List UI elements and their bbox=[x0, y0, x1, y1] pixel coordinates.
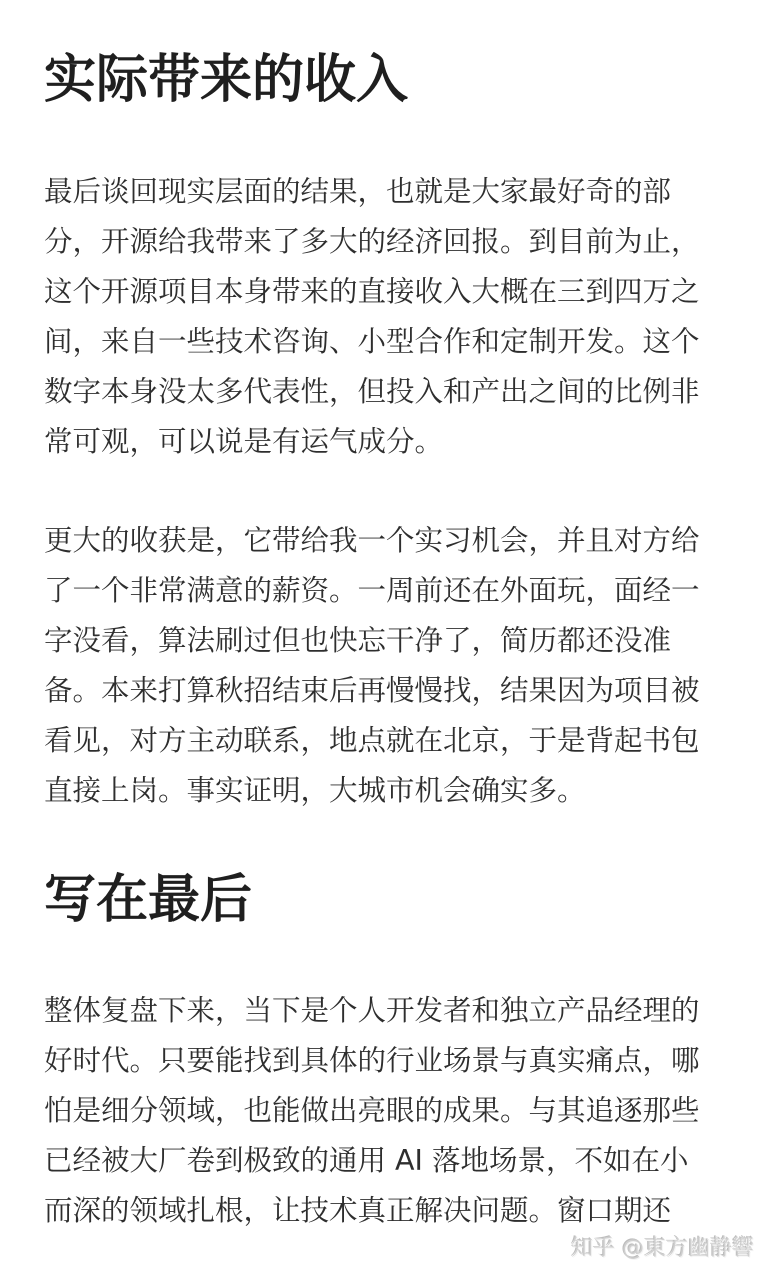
paragraph-line: 而深的领域扎根，让技术真正解决问题。窗口期还 bbox=[44, 1186, 744, 1236]
paragraph-line: 更大的收获是，它带给我一个实习机会，并且对方给 bbox=[44, 516, 744, 566]
paragraph-line: 了一个非常满意的薪资。一周前还在外面玩，面经一 bbox=[44, 566, 744, 616]
paragraph-line: 间，来自一些技术咨询、小型合作和定制开发。这个 bbox=[44, 317, 744, 367]
paragraph-internship: 更大的收获是，它带给我一个实习机会，并且对方给 了一个非常满意的薪资。一周前还在… bbox=[44, 516, 744, 816]
paragraph-line: 字没看，算法刷过但也快忘干净了，简历都还没准 bbox=[44, 616, 744, 666]
paragraph-line: 好时代。只要能找到具体的行业场景与真实痛点，哪 bbox=[44, 1036, 744, 1086]
paragraph-line: 已经被大厂卷到极致的通用 AI 落地场景，不如在小 bbox=[44, 1136, 744, 1186]
paragraph-line: 整体复盘下来，当下是个人开发者和独立产品经理的 bbox=[44, 986, 744, 1036]
paragraph-line: 直接上岗。事实证明，大城市机会确实多。 bbox=[44, 766, 744, 816]
paragraph-conclusion: 整体复盘下来，当下是个人开发者和独立产品经理的 好时代。只要能找到具体的行业场景… bbox=[44, 986, 744, 1236]
section-heading-final-words: 写在最后 bbox=[44, 870, 252, 930]
paragraph-line: 这个开源项目本身带来的直接收入大概在三到四万之 bbox=[44, 267, 744, 317]
paragraph-line: 常可观，可以说是有运气成分。 bbox=[44, 417, 744, 467]
paragraph-line: 分，开源给我带来了多大的经济回报。到目前为止， bbox=[44, 217, 744, 267]
paragraph-line: 数字本身没太多代表性，但投入和产出之间的比例非 bbox=[44, 367, 744, 417]
paragraph-income-summary: 最后谈回现实层面的结果，也就是大家最好奇的部 分，开源给我带来了多大的经济回报。… bbox=[44, 167, 744, 467]
paragraph-line: 备。本来打算秋招结束后再慢慢找，结果因为项目被 bbox=[44, 666, 744, 716]
paragraph-line: 看见，对方主动联系，地点就在北京，于是背起书包 bbox=[44, 716, 744, 766]
section-heading-actual-income: 实际带来的收入 bbox=[44, 50, 408, 110]
paragraph-line: 怕是细分领域，也能做出亮眼的成果。与其追逐那些 bbox=[44, 1086, 744, 1136]
watermark: 知乎 @東方幽静響 bbox=[571, 1234, 754, 1264]
paragraph-line: 最后谈回现实层面的结果，也就是大家最好奇的部 bbox=[44, 167, 744, 217]
